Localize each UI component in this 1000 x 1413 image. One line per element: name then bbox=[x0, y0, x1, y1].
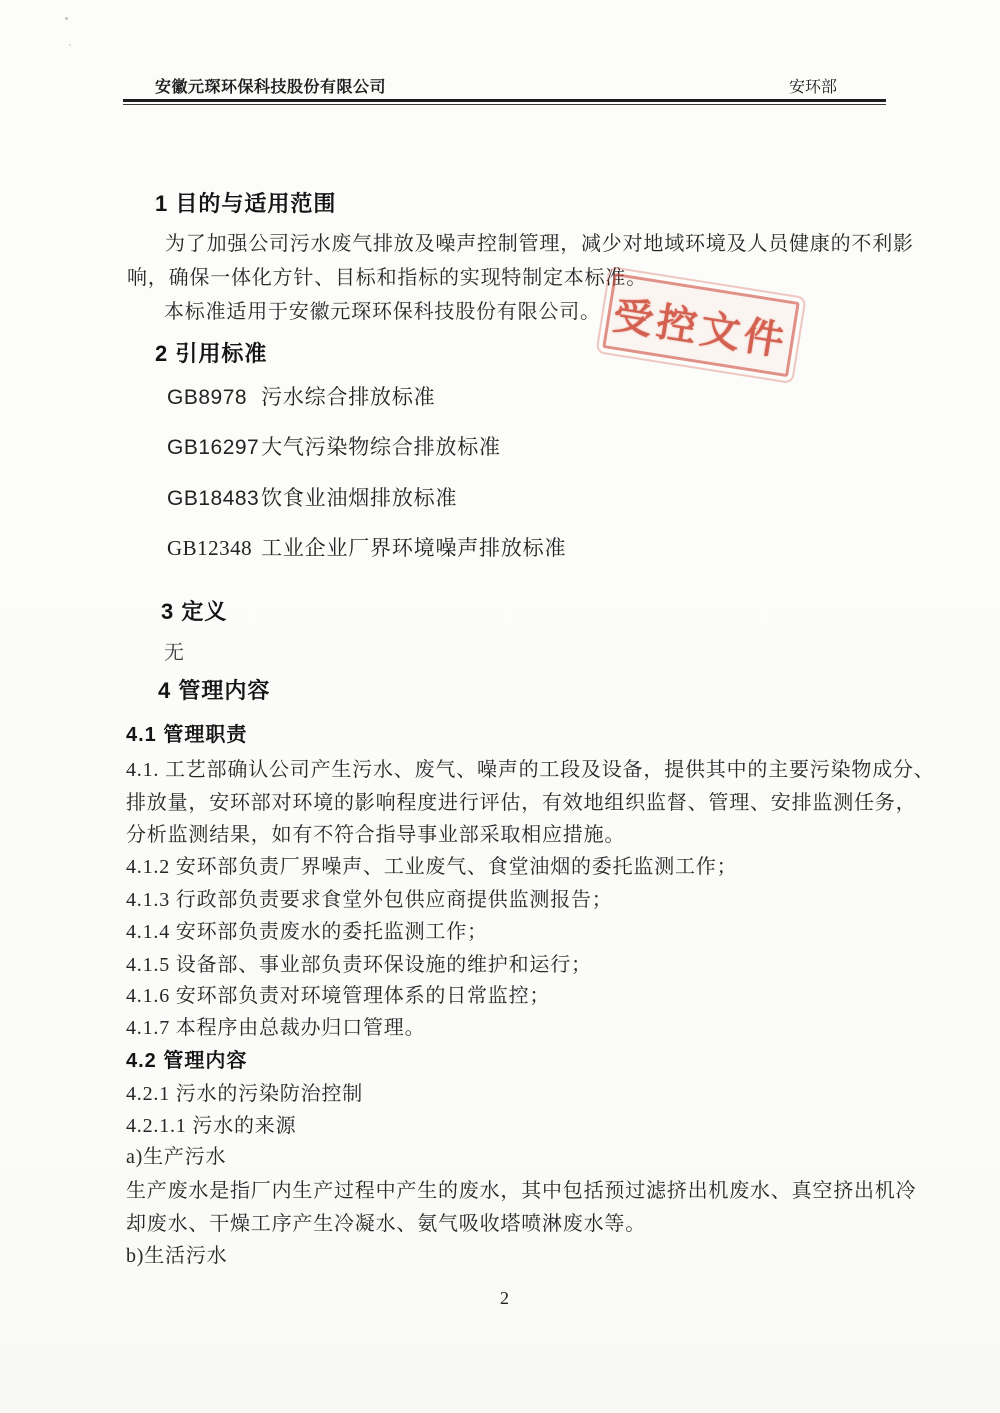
standard-code: GB8978 bbox=[167, 386, 255, 410]
standard-code: GB18483 bbox=[167, 487, 255, 511]
header-divider bbox=[123, 99, 886, 105]
item-a-paragraph-line: 生产废水是指厂内生产过程中产生的废水，其中包括预过滤挤出机废水、真空挤出机冷 bbox=[126, 1174, 916, 1203]
section-1-scope-line: 本标准适用于安徽元琛环保科技股份有限公司。 bbox=[164, 295, 601, 324]
clause-4-2-1-1: 4.2.1.1 污水的来源 bbox=[126, 1109, 296, 1138]
standard-code: GB16297 bbox=[167, 436, 255, 460]
clause-4-1-5: 4.1.5 设备部、事业部负责环保设施的维护和运行； bbox=[126, 948, 592, 977]
header-department: 安环部 bbox=[789, 74, 837, 97]
section-4-1-title: 4.1 管理职责 bbox=[126, 718, 247, 747]
standard-code: GB12348 bbox=[167, 536, 255, 561]
clause-4-1-2: 4.1.2 安环部负责厂界噪声、工业废气、食堂油烟的委托监测工作； bbox=[126, 850, 737, 879]
standard-row: GB8978 污水综合排放标准 bbox=[167, 381, 435, 411]
standard-name: 污水综合排放标准 bbox=[261, 386, 435, 409]
clause-4-1-3: 4.1.3 行政部负责要求食堂外包供应商提供监测报告； bbox=[126, 883, 613, 912]
clause-4-1-line: 4.1. 工艺部确认公司产生污水、废气、噪声的工段及设备，提供其中的主要污染物成… bbox=[126, 753, 935, 782]
section-1-paragraph-line: 响，确保一体化方针、目标和指标的实现特制定本标准。 bbox=[127, 261, 647, 290]
standard-name: 工业企业厂界环境噪声排放标准 bbox=[261, 537, 566, 560]
clause-4-1-line: 排放量，安环部对环境的影响程度进行评估，有效地组织监督、管理、安排监测任务， bbox=[126, 786, 916, 815]
clause-4-1-7: 4.1.7 本程序由总裁办归口管理。 bbox=[126, 1011, 425, 1040]
clause-4-1-6: 4.1.6 安环部负责对环境管理体系的日常监控； bbox=[126, 979, 550, 1008]
standard-row: GB16297 大气污染物综合排放标准 bbox=[167, 431, 501, 461]
section-1-title: 1 目的与适用范围 bbox=[155, 187, 336, 218]
section-3-title: 3 定义 bbox=[161, 595, 227, 626]
section-4-2-title: 4.2 管理内容 bbox=[126, 1044, 247, 1073]
document-page: 安徽元琛环保科技股份有限公司 安环部 1 目的与适用范围 为了加强公司污水废气排… bbox=[0, 0, 1000, 1413]
clause-4-2-1: 4.2.1 污水的污染防治控制 bbox=[126, 1077, 363, 1106]
standard-name: 大气污染物综合排放标准 bbox=[261, 436, 501, 459]
scan-speckle bbox=[69, 44, 71, 46]
page-number: 2 bbox=[500, 1288, 509, 1309]
section-1-paragraph-line: 为了加强公司污水废气排放及噪声控制管理，减少对地域环境及人员健康的不利影 bbox=[165, 227, 914, 256]
section-3-body: 无 bbox=[164, 636, 185, 665]
item-a-label: a)生产污水 bbox=[126, 1140, 226, 1169]
header-company-name: 安徽元琛环保科技股份有限公司 bbox=[155, 74, 386, 97]
section-2-title: 2 引用标准 bbox=[155, 337, 267, 368]
item-b-label: b)生活污水 bbox=[126, 1239, 227, 1268]
controlled-document-stamp: 受控文件 bbox=[602, 273, 800, 377]
item-a-paragraph-line: 却废水、干燥工序产生冷凝水、氨气吸收塔喷淋废水等。 bbox=[126, 1207, 646, 1236]
standard-row: GB12348 工业企业厂界环境噪声排放标准 bbox=[167, 532, 566, 562]
clause-4-1-4: 4.1.4 安环部负责废水的委托监测工作； bbox=[126, 915, 488, 944]
section-4-title: 4 管理内容 bbox=[158, 674, 270, 705]
standard-row: GB18483 饮食业油烟排放标准 bbox=[167, 482, 457, 512]
standard-name: 饮食业油烟排放标准 bbox=[261, 487, 457, 510]
scan-speckle bbox=[65, 17, 68, 20]
clause-4-1-line: 分析监测结果，如有不符合指导事业部采取相应措施。 bbox=[126, 818, 625, 847]
stamp-text: 受控文件 bbox=[610, 283, 793, 367]
